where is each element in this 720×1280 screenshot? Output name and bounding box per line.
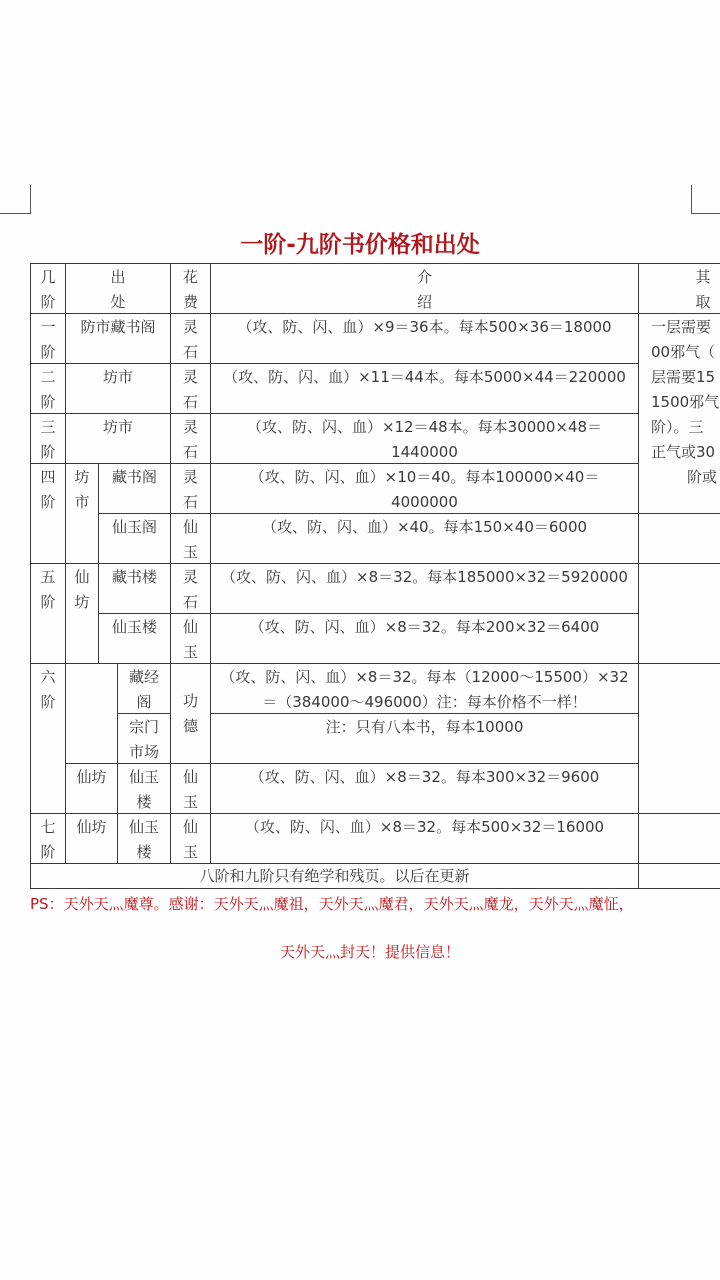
other-acquisition-cell: 一层需要 00邪气（ 层需要15 1500邪气 阶）。三 正气或30 阶或 xyxy=(638,313,720,514)
page-corner-mark-left xyxy=(0,185,31,214)
other-text: 层需要15 xyxy=(651,365,720,390)
cost-text: 石 xyxy=(173,390,208,414)
tier-text: 四 xyxy=(33,465,63,490)
cost-text: 石 xyxy=(173,590,208,614)
market-text: 仙坊 xyxy=(68,765,115,790)
tier-7-label: 七阶 xyxy=(30,813,66,864)
header-text: 绍 xyxy=(213,290,636,314)
source-text: 楼 xyxy=(120,790,168,814)
header-intro: 介绍 xyxy=(210,263,639,314)
tier-6-label: 六阶 xyxy=(30,663,66,814)
cost-text: 灵 xyxy=(173,565,208,590)
cost-text: 玉 xyxy=(173,540,208,564)
other-text: 阶）。三 xyxy=(651,415,720,440)
market-text: 坊 xyxy=(68,590,96,615)
tier-4a-intro: （攻、防、闪、血）×10＝40。每本100000×40＝4000000 xyxy=(210,463,639,514)
cost-text: 功 xyxy=(173,689,208,714)
header-text: 其 xyxy=(641,265,720,290)
tier-2-label: 二阶 xyxy=(30,363,66,414)
intro-text: （攻、防、闪、血）×12＝48本。每本30000×48＝1440000 xyxy=(217,415,632,464)
tier-7-source: 仙玉楼 xyxy=(117,813,171,864)
tier-3-cost: 灵石 xyxy=(170,413,211,464)
tier-text: 阶 xyxy=(33,840,63,864)
tier-6b-source: 宗门市场 xyxy=(117,713,171,764)
other-cell-5 xyxy=(638,563,720,664)
tier-6c-source: 仙玉楼 xyxy=(117,763,171,814)
source-text: 宗门 xyxy=(120,715,168,740)
source-text: 防市藏书阁 xyxy=(68,315,168,340)
credit-note: 天外天灬封天！提供信息！ xyxy=(0,941,720,962)
cost-text: 灵 xyxy=(173,365,208,390)
intro-text: （攻、防、闪、血）×40。每本150×40＝6000 xyxy=(217,515,632,540)
cost-text: 灵 xyxy=(173,315,208,340)
tier-text: 阶 xyxy=(33,440,63,464)
intro-text: （攻、防、闪、血）×11＝44本。每本5000×44＝220000 xyxy=(217,365,632,390)
header-text: 阶 xyxy=(33,290,63,314)
source-text: 坊市 xyxy=(68,415,168,440)
cost-text: 仙 xyxy=(173,615,208,640)
cost-text: 德 xyxy=(173,714,208,739)
tier-text: 阶 xyxy=(33,590,63,615)
cost-text: 仙 xyxy=(173,815,208,840)
intro-text: （攻、防、闪、血）×8＝32。每本300×32＝9600 xyxy=(217,765,632,790)
tier-1-intro: （攻、防、闪、血）×9＝36本。每本500×36＝18000 xyxy=(210,313,639,364)
source-text: 仙玉 xyxy=(120,765,168,790)
tier-3-intro: （攻、防、闪、血）×12＝48本。每本30000×48＝1440000 xyxy=(210,413,639,464)
header-cost: 花费 xyxy=(170,263,211,314)
tier-3-source: 坊市 xyxy=(65,413,171,464)
tier-1-label: 一阶 xyxy=(30,313,66,364)
other-text: 00邪气（ xyxy=(651,340,720,365)
tier-6-market-empty xyxy=(65,663,118,764)
tier-text: 二 xyxy=(33,365,63,390)
other-cell-6 xyxy=(638,663,720,814)
tier-6a-intro: （攻、防、闪、血）×8＝32。每本（12000～15500）×32＝（38400… xyxy=(210,663,639,714)
tier-6c-cost: 仙玉 xyxy=(170,763,211,814)
header-other: 其取 xyxy=(638,263,720,314)
tier-4-market: 坊市 xyxy=(65,463,99,564)
source-text: 仙玉 xyxy=(120,815,168,840)
ps-note: PS：天外天灬魔尊。感谢：天外天灬魔祖，天外天灬魔君，天外天灬魔龙，天外天灬魔怔… xyxy=(30,892,680,917)
cost-text: 玉 xyxy=(173,840,208,864)
tier-4a-cost: 灵石 xyxy=(170,463,211,514)
footer-text: 八阶和九阶只有绝学和残页。以后在更新 xyxy=(33,865,636,887)
tier-text: 五 xyxy=(33,565,63,590)
intro-text: （攻、防、闪、血）×8＝32。每本200×32＝6400 xyxy=(217,615,632,640)
tier-6b-intro: 注：只有八本书，每本10000 xyxy=(210,713,639,764)
header-text: 花 xyxy=(173,265,208,290)
tier-4b-intro: （攻、防、闪、血）×40。每本150×40＝6000 xyxy=(210,513,639,564)
tier-text: 阶 xyxy=(33,490,63,515)
other-text: 正气或30 xyxy=(651,440,720,465)
market-text: 市 xyxy=(68,490,96,515)
other-cell-4b xyxy=(638,513,720,564)
source-text: 藏书阁 xyxy=(101,465,168,490)
header-text: 出 xyxy=(68,265,168,290)
intro-text: （攻、防、闪、血）×8＝32。每本185000×32＝5920000 xyxy=(217,565,632,590)
tier-4b-source: 仙玉阁 xyxy=(98,513,171,564)
market-text: 坊 xyxy=(68,465,96,490)
source-text: 仙玉阁 xyxy=(101,515,168,540)
tier-5-label: 五阶 xyxy=(30,563,66,664)
header-text: 取 xyxy=(641,290,720,314)
tier-5b-source: 仙玉楼 xyxy=(98,613,171,664)
market-text: 仙坊 xyxy=(68,815,115,840)
tier-text: 三 xyxy=(33,415,63,440)
page-corner-mark-right xyxy=(691,185,720,214)
tier-5a-intro: （攻、防、闪、血）×8＝32。每本185000×32＝5920000 xyxy=(210,563,639,614)
source-text: 仙玉楼 xyxy=(101,615,168,640)
source-text: 坊市 xyxy=(68,365,168,390)
other-text: 一层需要 xyxy=(651,315,720,340)
tier-6c-intro: （攻、防、闪、血）×8＝32。每本300×32＝9600 xyxy=(210,763,639,814)
source-text: 市场 xyxy=(120,740,168,764)
tier-4a-source: 藏书阁 xyxy=(98,463,171,514)
cost-text: 石 xyxy=(173,340,208,364)
market-text: 仙 xyxy=(68,565,96,590)
table-footer-note: 八阶和九阶只有绝学和残页。以后在更新 xyxy=(30,863,639,889)
tier-7-market: 仙坊 xyxy=(65,813,118,864)
cost-text: 玉 xyxy=(173,790,208,814)
other-cell-7 xyxy=(638,813,720,864)
tier-2-intro: （攻、防、闪、血）×11＝44本。每本5000×44＝220000 xyxy=(210,363,639,414)
tier-2-cost: 灵石 xyxy=(170,363,211,414)
tier-4-label: 四阶 xyxy=(30,463,66,564)
tier-1-source: 防市藏书阁 xyxy=(65,313,171,364)
intro-text: （攻、防、闪、血）×8＝32。每本（12000～15500）×32＝（38400… xyxy=(217,665,632,714)
tier-text: 阶 xyxy=(33,690,63,715)
intro-text: （攻、防、闪、血）×9＝36本。每本500×36＝18000 xyxy=(217,315,632,340)
intro-text: （攻、防、闪、血）×10＝40。每本100000×40＝4000000 xyxy=(217,465,632,514)
tier-text: 六 xyxy=(33,665,63,690)
tier-5b-cost: 仙玉 xyxy=(170,613,211,664)
cost-text: 石 xyxy=(173,490,208,514)
other-text: 1500邪气 xyxy=(651,390,720,415)
tier-text: 一 xyxy=(33,315,63,340)
tier-7-intro: （攻、防、闪、血）×8＝32。每本500×32＝16000 xyxy=(210,813,639,864)
tier-5a-cost: 灵石 xyxy=(170,563,211,614)
header-tier: 几阶 xyxy=(30,263,66,314)
tier-5-market: 仙坊 xyxy=(65,563,99,664)
cost-text: 仙 xyxy=(173,515,208,540)
source-text: 藏经 xyxy=(120,665,168,690)
cost-text: 石 xyxy=(173,440,208,464)
other-cell-footer xyxy=(638,863,720,889)
source-text: 藏书楼 xyxy=(101,565,168,590)
tier-2-source: 坊市 xyxy=(65,363,171,414)
source-text: 阁 xyxy=(120,690,168,714)
header-text: 几 xyxy=(33,265,63,290)
cost-text: 仙 xyxy=(173,765,208,790)
tier-5a-source: 藏书楼 xyxy=(98,563,171,614)
cost-text: 玉 xyxy=(173,640,208,664)
header-text: 费 xyxy=(173,290,208,314)
header-text: 处 xyxy=(68,290,168,314)
tier-text: 七 xyxy=(33,815,63,840)
tier-text: 阶 xyxy=(33,390,63,414)
tier-1-cost: 灵石 xyxy=(170,313,211,364)
tier-6a-source: 藏经阁 xyxy=(117,663,171,714)
cost-text: 灵 xyxy=(173,465,208,490)
tier-text: 阶 xyxy=(33,340,63,364)
tier-7-cost: 仙玉 xyxy=(170,813,211,864)
tier-6c-market: 仙坊 xyxy=(65,763,118,814)
source-text: 楼 xyxy=(120,840,168,864)
tier-6ab-cost: 功德 xyxy=(170,663,211,764)
tier-5b-intro: （攻、防、闪、血）×8＝32。每本200×32＝6400 xyxy=(210,613,639,664)
cost-text: 灵 xyxy=(173,415,208,440)
other-text: 阶或 xyxy=(651,465,720,490)
tier-3-label: 三阶 xyxy=(30,413,66,464)
header-text: 介 xyxy=(213,265,636,290)
tier-4b-cost: 仙玉 xyxy=(170,513,211,564)
document-title: 一阶-九阶书价格和出处 xyxy=(0,226,720,259)
intro-text: （攻、防、闪、血）×8＝32。每本500×32＝16000 xyxy=(217,815,632,840)
intro-text: 注：只有八本书，每本10000 xyxy=(217,715,632,740)
header-source: 出处 xyxy=(65,263,171,314)
